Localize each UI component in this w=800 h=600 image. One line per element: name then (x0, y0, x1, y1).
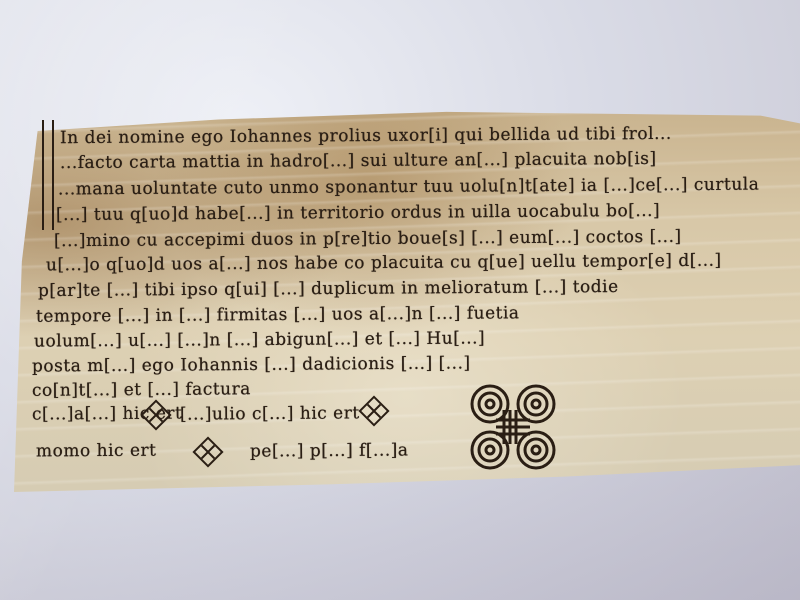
manuscript-line: p[ar]te [...] tibi ipso q[ui] [...] dupl… (38, 277, 619, 301)
manuscript-line: In dei nomine ego Iohannes prolius uxor[… (60, 124, 672, 148)
signature-text: momo hic ert (36, 441, 157, 462)
manuscript-line: co[n]t[...] et [...] factura (32, 379, 251, 401)
manuscript-line: uolum[...] u[...] [...]n [...] abigun[..… (34, 328, 485, 351)
decorated-initial (42, 120, 54, 230)
signature-text: [...]ulio c[...] hic ert (180, 403, 360, 424)
manuscript-line: [...] tuu q[uo]d habe[...] in territorio… (56, 201, 660, 225)
signature-text: pe[...] p[...] f[...]a (250, 440, 409, 461)
manuscript-line: tempore [...] in [...] firmitas [...] uo… (36, 303, 520, 326)
manuscript-line: posta m[...] ego Iohannis [...] dadicion… (32, 353, 471, 376)
notary-knot-icon (466, 380, 560, 474)
manuscript-line: ...facto carta mattia in hadro[...] sui … (60, 149, 657, 173)
